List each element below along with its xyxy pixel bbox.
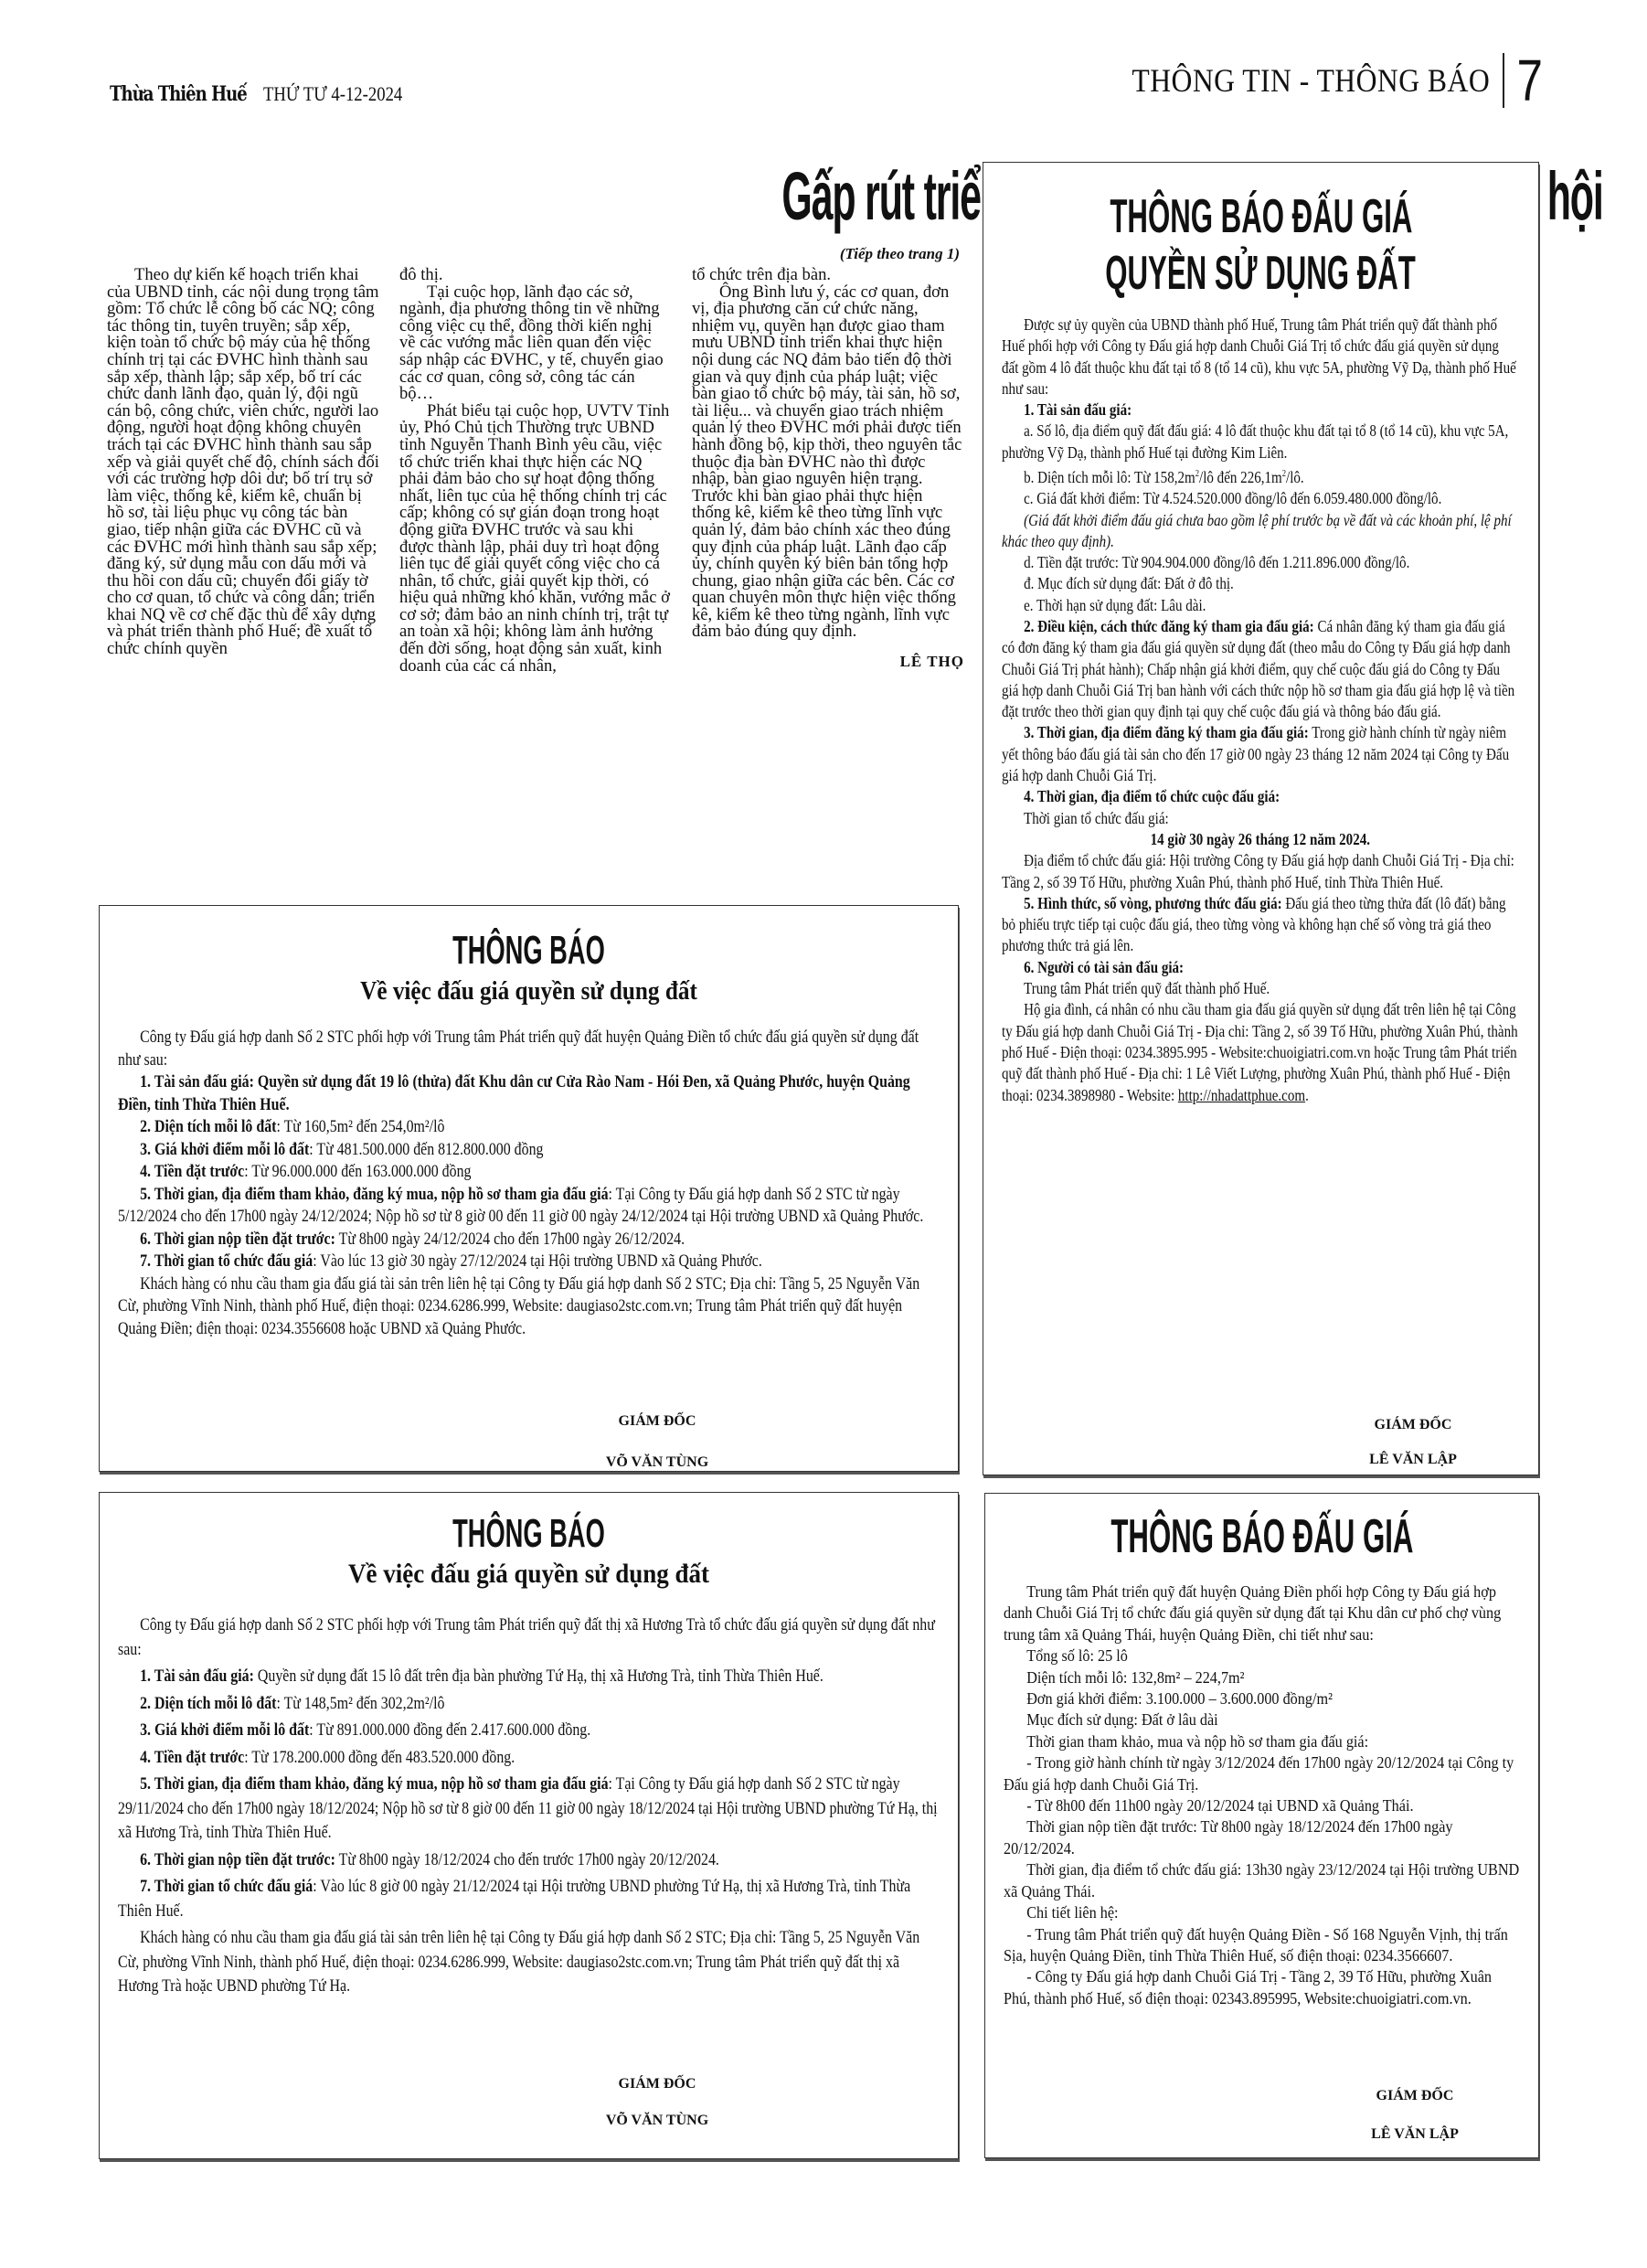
article-body: Theo dự kiến kế hoạch triển khai của UBN… — [107, 267, 966, 675]
notice-item: a. Số lô, địa điểm quỹ đất đấu giá: 4 lô… — [1002, 421, 1519, 463]
notice-contact: Hộ gia đình, cá nhân có nhu cầu tham gia… — [1002, 999, 1519, 1105]
article-paragraph: Ông Bình lưu ý, các cơ quan, đơn vị, địa… — [692, 284, 964, 641]
article-column-1: Theo dự kiến kế hoạch triển khai của UBN… — [107, 267, 379, 675]
notice-subtitle: Về việc đấu giá quyền sử dụng đất — [143, 1559, 915, 1590]
notice-item: Trung tâm Phát triển quỹ đất thành phố H… — [1002, 978, 1519, 999]
notice-body: Công ty Đấu giá hợp danh Số 2 STC phối h… — [100, 1613, 958, 1999]
notice-line: Diện tích mỗi lô: 132,8m² – 224,7m² — [1004, 1667, 1519, 1688]
notice-item: 4. Tiền đặt trước: Từ 96.000.000 đến 163… — [118, 1161, 938, 1184]
notice-item: Địa điểm tổ chức đấu giá: Hội trường Côn… — [1002, 850, 1519, 893]
notice-line: Thời gian, địa điểm tổ chức đấu giá: 13h… — [1004, 1859, 1519, 1902]
paper-name: Thừa Thiên Huế — [110, 82, 222, 106]
notice-item: d. Tiền đặt trước: Từ 904.904.000 đồng/l… — [1002, 552, 1519, 573]
masthead-left: Thừa Thiên Huế THỨ TƯ 4-12-2024 — [110, 82, 427, 106]
notice-contact: Khách hàng có nhu cầu tham gia đấu giá t… — [118, 1926, 938, 1999]
notice-line: Chi tiết liên hệ: — [1004, 1902, 1519, 1923]
article-headline: Gấp rút triển khai các nghị quyết của Qu… — [187, 155, 964, 238]
notice-item: 3. Giá khởi điểm mỗi lô đất: Từ 891.000.… — [118, 1719, 938, 1743]
notice-item: b. Diện tích mỗi lô: Từ 158,2m2/lô đến 2… — [1002, 463, 1519, 488]
section-label: 1. Tài sản đấu giá: — [1024, 400, 1132, 419]
notice-item: 5. Thời gian, địa điểm tham khảo, đăng k… — [118, 1184, 938, 1229]
section-name: THÔNG TIN - THÔNG BÁO — [1132, 61, 1491, 100]
notice-item: c. Giá đất khởi điểm: Từ 4.524.520.000 đ… — [1002, 488, 1519, 509]
notice-item: 2. Điều kiện, cách thức đăng ký tham gia… — [1002, 616, 1519, 722]
notice-item: 2. Diện tích mỗi lô đất: Từ 160,5m² đến … — [118, 1116, 938, 1139]
signer-name: VÕ VĂN TÙNG — [584, 2113, 730, 2129]
notice-item: 3. Thời gian, địa điểm đăng ký tham gia … — [1002, 722, 1519, 786]
notice-vyda: THÔNG BÁO ĐẤU GIÁ QUYỀN SỬ DỤNG ĐẤT Được… — [983, 162, 1539, 1475]
article-column-3: tổ chức trên địa bàn. Ông Bình lưu ý, cá… — [692, 267, 964, 675]
notice-quangthai: THÔNG BÁO ĐẤU GIÁ Trung tâm Phát triển q… — [984, 1493, 1539, 2158]
notice-line: Tổng số lô: 25 lô — [1004, 1645, 1519, 1666]
notice-intro: Công ty Đấu giá hợp danh Số 2 STC phối h… — [118, 1027, 938, 1071]
page-number: 7 — [1517, 53, 1543, 108]
signer-title: GIÁM ĐỐC — [593, 2076, 721, 2092]
notice-item: 5. Hình thức, số vòng, phương thức đấu g… — [1002, 893, 1519, 957]
notice-item: 6. Người có tài sản đấu giá: — [1002, 957, 1519, 978]
notice-intro: Công ty Đấu giá hợp danh Số 2 STC phối h… — [118, 1613, 938, 1662]
signer-title: GIÁM ĐỐC — [1349, 1417, 1477, 1433]
signer-name: LÊ VĂN LẬP — [1342, 2126, 1488, 2143]
notice-item: 4. Tiền đặt trước: Từ 178.200.000 đồng đ… — [118, 1746, 938, 1771]
article-paragraph: Phát biểu tại cuộc họp, UVTV Tỉnh ủy, Ph… — [399, 403, 672, 676]
notice-body: Trung tâm Phát triển quỹ đất huyện Quảng… — [985, 1581, 1538, 2009]
notice-title-line2: QUYỀN SỬ DỤNG ĐẤT — [983, 245, 1538, 302]
auction-time: 14 giờ 30 ngày 26 tháng 12 năm 2024. — [1002, 829, 1519, 850]
notice-title: THÔNG BÁO ĐẤU GIÁ — [983, 188, 1538, 245]
notice-item: 4. Thời gian, địa điểm tổ chức cuộc đấu … — [1002, 786, 1519, 807]
notice-item: 3. Giá khởi điểm mỗi lô đất: Từ 481.500.… — [118, 1139, 938, 1162]
article-column-2: đô thị. Tại cuộc họp, lãnh đạo các sở, n… — [399, 267, 672, 675]
notice-title: THÔNG BÁO — [100, 926, 958, 975]
article-paragraph: tổ chức trên địa bàn. — [692, 267, 964, 284]
notice-title: THÔNG BÁO — [100, 1509, 958, 1559]
notice-item: 1. Tài sản đấu giá: Quyền sử dụng đất 15… — [118, 1665, 938, 1689]
notice-huongtra: THÔNG BÁO Về việc đấu giá quyền sử dụng … — [99, 1492, 959, 2159]
notice-line: - Từ 8h00 đến 11h00 ngày 20/12/2024 tại … — [1004, 1795, 1519, 1816]
notice-item: 7. Thời gian tổ chức đấu giá: Vào lúc 13… — [118, 1251, 938, 1273]
signer-title: GIÁM ĐỐC — [593, 1413, 721, 1430]
notice-item: e. Thời hạn sử dụng đất: Lâu dài. — [1002, 595, 1519, 616]
notice-line: - Công ty Đấu giá hợp danh Chuỗi Giá Trị… — [1004, 1966, 1519, 2009]
notice-item: 2. Diện tích mỗi lô đất: Từ 148,5m² đến … — [118, 1692, 938, 1717]
notice-title: THÔNG BÁO ĐẤU GIÁ — [985, 1508, 1538, 1565]
notice-intro: Được sự ủy quyền của UBND thành phố Huế,… — [1002, 314, 1519, 399]
notice-item: 5. Thời gian, địa điểm tham khảo, đăng k… — [118, 1773, 938, 1846]
continued-from: (Tiếp theo trang 1) — [681, 245, 960, 263]
notice-item: 6. Thời gian nộp tiền đặt trước: Từ 8h00… — [118, 1848, 938, 1873]
notice-line: Thời gian tham khảo, mua và nộp hồ sơ th… — [1004, 1731, 1519, 1752]
notice-note: (Giá đất khởi điểm đấu giá chưa bao gồm … — [1002, 510, 1519, 553]
notice-item: Thời gian tổ chức đấu giá: — [1002, 808, 1519, 829]
notice-line: - Trung tâm Phát triển quỹ đất huyện Quả… — [1004, 1924, 1519, 1967]
notice-line: Thời gian nộp tiền đặt trước: Từ 8h00 ng… — [1004, 1816, 1519, 1859]
masthead-divider — [1503, 53, 1504, 108]
signer-title: GIÁM ĐỐC — [1351, 2088, 1479, 2104]
masthead-right: THÔNG TIN - THÔNG BÁO 7 — [1083, 53, 1546, 108]
notice-line: Đơn giá khởi điểm: 3.100.000 – 3.600.000… — [1004, 1688, 1519, 1709]
signer-name: VÕ VĂN TÙNG — [584, 1454, 730, 1471]
article-paragraph: Theo dự kiến kế hoạch triển khai của UBN… — [107, 267, 379, 658]
article-byline: LÊ THỌ — [692, 654, 964, 671]
notice-item: 7. Thời gian tổ chức đấu giá: Vào lúc 8 … — [118, 1875, 938, 1923]
notice-item: đ. Mục đích sử dụng đất: Đất ở đô thị. — [1002, 573, 1519, 594]
notice-line: - Trong giờ hành chính từ ngày 3/12/2024… — [1004, 1752, 1519, 1795]
article-paragraph: đô thị. — [399, 267, 672, 284]
issue-date: THỨ TƯ 4-12-2024 — [263, 82, 402, 106]
notice-contact: Khách hàng có nhu cầu tham gia đấu giá t… — [118, 1273, 938, 1341]
signer-name: LÊ VĂN LẬP — [1340, 1452, 1486, 1468]
article-paragraph: Tại cuộc họp, lãnh đạo các sở, ngành, đị… — [399, 284, 672, 403]
notice-subtitle: Về việc đấu giá quyền sử dụng đất — [143, 977, 915, 1006]
notice-body: Công ty Đấu giá hợp danh Số 2 STC phối h… — [100, 1027, 958, 1340]
notice-body: Được sự ủy quyền của UBND thành phố Huế,… — [983, 314, 1538, 1106]
notice-quangdien: THÔNG BÁO Về việc đấu giá quyền sử dụng … — [99, 905, 959, 1472]
notice-intro: Trung tâm Phát triển quỹ đất huyện Quảng… — [1004, 1581, 1519, 1645]
notice-line: Mục đích sử dụng: Đất ở lâu dài — [1004, 1709, 1519, 1730]
notice-item: 6. Thời gian nộp tiền đặt trước: Từ 8h00… — [118, 1229, 938, 1251]
website-link[interactable]: http://nhadattphue.com — [1178, 1086, 1305, 1104]
notice-item: 1. Tài sản đấu giá: Quyền sử dụng đất 19… — [118, 1071, 938, 1116]
